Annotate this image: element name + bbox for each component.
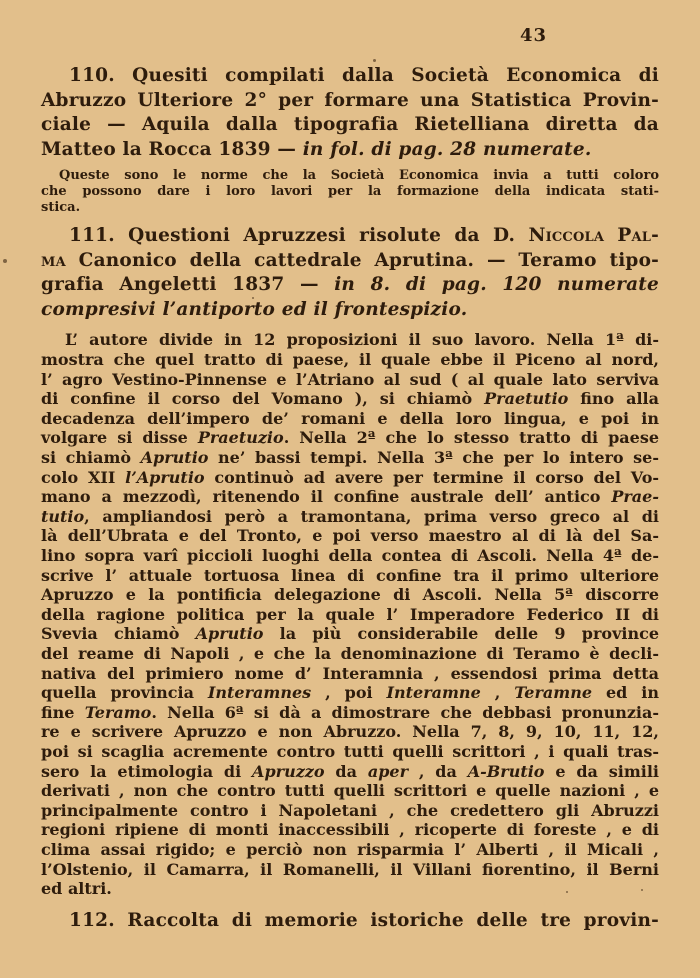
text-segment: fine (41, 703, 85, 722)
text-segment: 112. Raccolta di memorie istoriche delle… (69, 910, 659, 931)
text-segment: scrive l’ attuale tortuosa linea di conf… (41, 566, 659, 585)
text-segment: in fol. di pag. 28 numerate. (303, 139, 592, 160)
text-segment: 111. Questioni Apruzzesi risolute da D. (69, 225, 528, 246)
text-segment: Aprutio (196, 624, 264, 643)
text-line: sero la etimologia di Apruzzo da aper , … (41, 762, 659, 782)
text-line: Apruzzo e la pontificia delegazione di A… (41, 585, 659, 605)
text-segment: , ampliandosi però a tramontana, prima v… (84, 507, 659, 526)
scan-speckle (641, 889, 643, 891)
text-segment: Queste sono le norme che la Società Econ… (59, 168, 659, 183)
text-segment: del reame di Napoli , e che la denominaz… (41, 644, 659, 663)
text-line: mostra che quel tratto di paese, il qual… (41, 350, 659, 370)
text-line: L’ autore divide in 12 proposizioni il s… (41, 330, 659, 350)
text-line: re e scrivere Apruzzo e non Abruzzo. Nel… (41, 722, 659, 742)
text-segment: stica. (41, 200, 80, 215)
text-line: del reame di Napoli , e che la denominaz… (41, 644, 659, 664)
text-segment: Prae- (611, 487, 659, 506)
text-line: 112. Raccolta di memorie istoriche delle… (41, 909, 659, 934)
text-line: ma Canonico della cattedrale Aprutina. —… (41, 249, 659, 274)
text-segment: ed in (592, 683, 659, 702)
text-segment: e da simili (544, 762, 659, 781)
text-line: di confine il corso del Vomano ), si chi… (41, 389, 659, 409)
text-line: decadenza dell’impero de’ romani e della… (41, 409, 659, 429)
text-segment: grafia Angeletti 1837 — (41, 274, 334, 295)
text-line: grafia Angeletti 1837 — in 8. di pag. 12… (41, 273, 659, 298)
text-line: stica. (41, 200, 659, 216)
text-segment: fino alla (568, 389, 659, 408)
text-segment: , (481, 683, 514, 702)
text-segment: Matteo la Rocca 1839 — (41, 139, 303, 160)
text-segment: continuò ad avere per termine il corso d… (205, 468, 659, 487)
text-segment: Praetutio (484, 389, 568, 408)
text-line: tutio, ampliandosi però a tramontana, pr… (41, 507, 659, 527)
text-segment: là dell’Ubrata e del Tronto, e poi verso… (41, 526, 659, 545)
text-segment: mostra che quel tratto di paese, il qual… (41, 350, 659, 369)
text-line: ciale — Aquila dalla tipografia Rietelli… (41, 113, 659, 138)
text-segment: la più considerabile delle 9 province (263, 624, 659, 643)
text-segment: Abruzzo Ulteriore 2° per formare una Sta… (41, 90, 659, 111)
text-segment: aper (368, 762, 408, 781)
text-segment: sero la etimologia di (41, 762, 252, 781)
text-line: scrive l’ attuale tortuosa linea di conf… (41, 566, 659, 586)
text-line: quella provincia Interamnes , poi Intera… (41, 683, 659, 703)
text-line: della ragione politica per la quale l’ I… (41, 605, 659, 625)
body-111: L’ autore divide in 12 proposizioni il s… (41, 330, 659, 898)
scan-speckle (566, 891, 568, 893)
text-segment: Praetuzio (198, 428, 284, 447)
text-segment: quella provincia (41, 683, 208, 702)
text-segment: Niccola Pal- (528, 225, 659, 246)
text-line: Abruzzo Ulteriore 2° per formare una Sta… (41, 89, 659, 114)
text-segment: Aprutio (141, 448, 209, 467)
scan-speckle (252, 297, 254, 299)
scanned-book-page: 43 110. Quesiti compilati dalla Società … (0, 0, 700, 978)
text-segment: re e scrivere Apruzzo e non Abruzzo. Nel… (41, 722, 659, 741)
text-segment: Apruzzo (252, 762, 325, 781)
text-segment: della ragione politica per la quale l’ I… (41, 605, 659, 624)
text-segment: colo XII (41, 468, 125, 487)
text-segment: decadenza dell’impero de’ romani e della… (41, 409, 659, 428)
text-line: volgare si disse Praetuzio. Nella 2ª che… (41, 428, 659, 448)
text-segment: Apruzzo e la pontificia delegazione di A… (41, 585, 659, 604)
text-segment: di confine il corso del Vomano ), si chi… (41, 389, 484, 408)
text-line: 110. Quesiti compilati dalla Società Eco… (41, 64, 659, 89)
text-segment: Canonico della cattedrale Aprutina. — Te… (66, 250, 659, 271)
text-line: Matteo la Rocca 1839 — in fol. di pag. 2… (41, 138, 659, 163)
text-segment: 110. Quesiti compilati dalla Società Eco… (69, 65, 659, 86)
text-segment: A-Brutio (468, 762, 545, 781)
text-line: Svevia chiamò Aprutio la più considerabi… (41, 624, 659, 644)
page-content: 43 110. Quesiti compilati dalla Società … (41, 0, 659, 933)
text-segment: l’Aprutio (125, 468, 204, 487)
entry-111: 111. Questioni Apruzzesi risolute da D. … (41, 224, 659, 322)
text-line: derivati , non che contro tutti quelli s… (41, 781, 659, 801)
text-segment: Interamne (387, 683, 481, 702)
text-line: clima assai rigido; e perciò non risparm… (41, 840, 659, 860)
text-segment: Teramne (514, 683, 592, 702)
text-line: mano a mezzodì, ritenendo il confine aus… (41, 487, 659, 507)
text-segment: da (325, 762, 368, 781)
text-line: l’Olstenio, il Camarra, il Romanelli, il… (41, 860, 659, 880)
text-segment: regioni ripiene di monti inaccessibili ,… (41, 820, 659, 839)
text-line: che possono dare i loro lavori per la fo… (41, 184, 659, 200)
text-line: nativa del primiero nome d’ Interamnia ,… (41, 664, 659, 684)
text-segment: clima assai rigido; e perciò non risparm… (41, 840, 659, 859)
text-segment: che possono dare i loro lavori per la fo… (41, 184, 659, 199)
text-blocks: 110. Quesiti compilati dalla Società Eco… (41, 64, 659, 933)
note-110: Queste sono le norme che la Società Econ… (41, 168, 659, 216)
text-segment: ne’ bassi tempi. Nella 3ª che per lo int… (208, 448, 659, 467)
text-segment: Teramo (85, 703, 152, 722)
text-segment: derivati , non che contro tutti quelli s… (41, 781, 659, 800)
text-segment: lino sopra varî piccioli luoghi della co… (41, 546, 659, 565)
text-segment: tutio (41, 507, 84, 526)
text-segment: mano a mezzodì, ritenendo il confine aus… (41, 487, 611, 506)
text-segment: , da (408, 762, 468, 781)
text-line: si chiamò Aprutio ne’ bassi tempi. Nella… (41, 448, 659, 468)
text-segment: . Nella 2ª che lo stesso tratto di paese (284, 428, 659, 447)
text-segment: ma (41, 250, 66, 271)
text-line: 111. Questioni Apruzzesi risolute da D. … (41, 224, 659, 249)
scan-speckle (373, 59, 376, 62)
text-segment: poi si scaglia acremente contro tutti qu… (41, 742, 659, 761)
text-segment: l’Olstenio, il Camarra, il Romanelli, il… (41, 860, 659, 879)
text-segment: . Nella 6ª si dà a dimostrare che debbas… (151, 703, 659, 722)
text-line: Queste sono le norme che la Società Econ… (41, 168, 659, 184)
scan-speckle (3, 259, 7, 263)
text-line: regioni ripiene di monti inaccessibili ,… (41, 820, 659, 840)
text-line: lino sopra varî piccioli luoghi della co… (41, 546, 659, 566)
text-segment: nativa del primiero nome d’ Interamnia ,… (41, 664, 659, 683)
entry-112: 112. Raccolta di memorie istoriche delle… (41, 909, 659, 934)
text-line: colo XII l’Aprutio continuò ad avere per… (41, 468, 659, 488)
text-line: ed altri. (41, 879, 659, 899)
text-line: compresivi l’antiporto ed il frontespizi… (41, 298, 659, 323)
text-segment: l’ agro Vestino-Pinnense e l’Atriano al … (41, 370, 659, 389)
text-segment: L’ autore divide in 12 proposizioni il s… (65, 330, 659, 349)
text-line: fine Teramo. Nella 6ª si dà a dimostrare… (41, 703, 659, 723)
text-segment: ed altri. (41, 879, 112, 898)
text-segment: ciale — Aquila dalla tipografia Rietelli… (41, 114, 659, 135)
text-line: principalmente contro i Napoletani , che… (41, 801, 659, 821)
text-segment: principalmente contro i Napoletani , che… (41, 801, 659, 820)
text-line: l’ agro Vestino-Pinnense e l’Atriano al … (41, 370, 659, 390)
text-line: là dell’Ubrata e del Tronto, e poi verso… (41, 526, 659, 546)
text-segment: in 8. di pag. 120 numerate (334, 274, 659, 295)
text-segment: Interamnes (208, 683, 311, 702)
text-line: poi si scaglia acremente contro tutti qu… (41, 742, 659, 762)
text-segment: si chiamò (41, 448, 141, 467)
page-number: 43 (41, 26, 659, 46)
entry-110: 110. Quesiti compilati dalla Società Eco… (41, 64, 659, 162)
text-segment: Svevia chiamò (41, 624, 196, 643)
text-segment: compresivi l’antiporto ed il frontespizi… (41, 299, 467, 320)
text-segment: , poi (311, 683, 386, 702)
text-segment: volgare si disse (41, 428, 198, 447)
